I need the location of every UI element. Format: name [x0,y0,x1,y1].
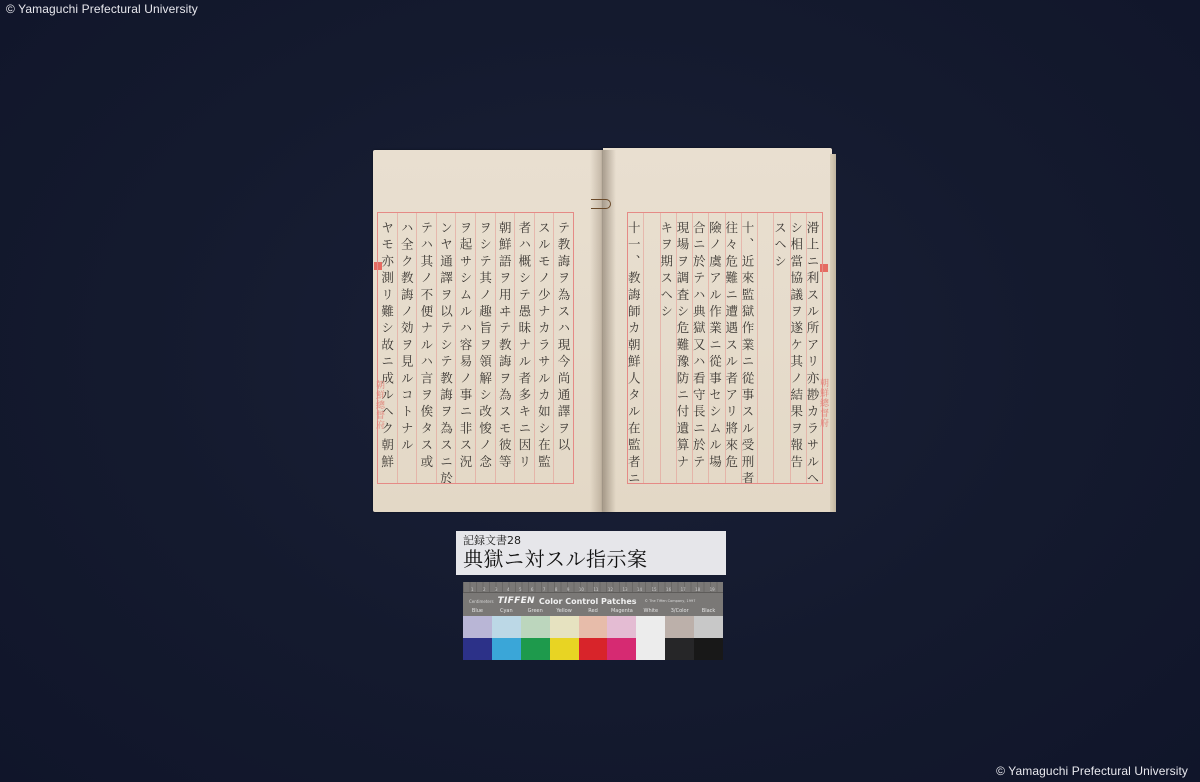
patch-blue [463,616,492,660]
patch-label: Black [694,608,723,616]
text-column: テハ其ノ不便ナルハ言ヲ俟タス或 [416,213,436,483]
light-swatch [694,616,723,638]
text-column: 合ニ於テハ典獄又ハ看守長ニ於テ [692,213,708,483]
ruler-tick: 1 [471,587,474,592]
document-label-card: 記録文書28 典獄ニ対スル指示案 [456,531,726,575]
card-copyright: © The Tiffen Company, 1997 [645,599,696,603]
dark-swatch [492,638,521,660]
document-title: 典獄ニ対スル指示案 [463,547,726,571]
light-swatch [463,616,492,638]
text-column: 十、近來監獄作業ニ從事スル受刑者中 [741,213,757,483]
light-swatch [607,616,636,638]
light-swatch [665,616,694,638]
ruler-tick: 2 [483,587,486,592]
dark-swatch [521,638,550,660]
dark-swatch [694,638,723,660]
ruler-tick: 10 [579,587,584,592]
text-column: 滑上ニ利スル所アリ亦尠カラサルヘ [806,213,822,483]
patch-label: Magenta [607,608,636,616]
ruler-tick: 12 [608,587,613,592]
ruler-tick: 19 [710,587,715,592]
patch-label: White [636,608,665,616]
ruler-tick: 16 [666,587,671,592]
dark-swatch [463,638,492,660]
text-column: 往々危難ニ遭遇スル者アリ將來危 [725,213,741,483]
text-column: ハ全ク教誨ノ効ヲ見ルコトナル [397,213,417,483]
tiffen-logo: TIFFEN [498,596,535,606]
centimeter-ruler: 12345678910111213141516171819 [463,582,723,593]
light-swatch [521,616,550,638]
text-column: 險ノ虞アル作業ニ從事セシムル場 [708,213,724,483]
document-number: 記録文書28 [463,534,726,547]
light-swatch [550,616,579,638]
patch-cyan [492,616,521,660]
text-column: スルモノ少ナカラサルカ如シ在監 [534,213,554,483]
patch-black [694,616,723,660]
patch-labels: BlueCyanGreenYellowRedMagentaWhite3/Colo… [463,608,723,616]
text-column: スヘシ [773,213,789,483]
text-column: 十一、教誨師カ朝鮮人タル在監者ニ對シ [628,213,643,483]
red-seal-stamp: 朝鮮總督府 [376,380,386,430]
text-column: 現場ヲ調査シ危難豫防ニ付遺算ナ [676,213,692,483]
ruler-tick: 11 [593,587,598,592]
text-column: キヲ期スヘシ [660,213,676,483]
text-column: 朝鮮語ヲ用ヰテ教誨ヲ為スモ彼等 [495,213,515,483]
light-swatch [579,616,608,638]
ruler-tick: 14 [637,587,642,592]
left-page-ruled-frame: テ教誨ヲ為スハ現今尚通譯ヲ以 スルモノ少ナカラサルカ如シ在監 者ハ概シテ愚昧ナル… [377,212,574,484]
light-swatch [492,616,521,638]
red-seal-stamp: 朝鮮總督府 [820,378,830,428]
copyright-credit-top: © Yamaguchi Prefectural University [6,2,198,16]
copyright-credit-bottom: © Yamaguchi Prefectural University [996,764,1188,778]
text-column: ヲ起サシムルハ容易ノ事ニ非ス況 [455,213,475,483]
patch-label: Green [521,608,550,616]
text-column: シ相當協議ヲ遂ケ其ノ結果ヲ報告 [790,213,806,483]
dark-swatch [665,638,694,660]
color-patches [463,616,723,660]
ruler-tick: 17 [681,587,686,592]
patch-green [521,616,550,660]
text-column [643,213,659,483]
text-column: テ教誨ヲ為スハ現今尚通譯ヲ以 [553,213,573,483]
ruler-tick: 15 [652,587,657,592]
patch-label: Red [579,608,608,616]
ruler-tick: 18 [695,587,700,592]
ruler-tick: 7 [543,587,546,592]
ruler-tick: 5 [519,587,522,592]
patch-red [579,616,608,660]
patch-white [636,616,665,660]
patch-yellow [550,616,579,660]
ruler-tick: 4 [507,587,510,592]
text-column: ヤモ亦測リ難シ故ニ成ルヘク朝鮮 [378,213,397,483]
patch-label: Cyan [492,608,521,616]
ruler-tick: 3 [495,587,498,592]
dark-swatch [579,638,608,660]
patch-label: Yellow [550,608,579,616]
ruler-tick: 13 [622,587,627,592]
text-column: 者ハ概シテ愚昧ナル者多キニ因リ [514,213,534,483]
patch-label: Blue [463,608,492,616]
ruler-tick: 8 [555,587,558,592]
right-page: 滑上ニ利スル所アリ亦尠カラサルヘ シ相當協議ヲ遂ケ其ノ結果ヲ報告 スヘシ 十、近… [603,148,832,512]
patch-3-color [665,616,694,660]
text-column: ンヤ通譯ヲ以テシテ教誨ヲ為スニ於 [436,213,456,483]
dark-swatch [607,638,636,660]
card-brand-row: Centimeters TIFFEN Color Control Patches… [463,594,723,608]
light-swatch [636,616,665,660]
card-title: Color Control Patches [539,597,637,606]
patch-label: 3/Color [665,608,694,616]
ruler-tick: 9 [567,587,570,592]
text-column [757,213,773,483]
dark-swatch [550,638,579,660]
open-book-document: テ教誨ヲ為スハ現今尚通譯ヲ以 スルモノ少ナカラサルカ如シ在監 者ハ概シテ愚昧ナル… [372,146,834,514]
text-column: ヲシテ其ノ趣旨ヲ領解シ改悛ノ念 [475,213,495,483]
binding-thread [591,199,611,209]
page-edge-stack [830,154,836,512]
right-page-ruled-frame: 滑上ニ利スル所アリ亦尠カラサルヘ シ相當協議ヲ遂ケ其ノ結果ヲ報告 スヘシ 十、近… [627,212,823,484]
ruler-tick: 6 [531,587,534,592]
patch-magenta [607,616,636,660]
left-page: テ教誨ヲ為スハ現今尚通譯ヲ以 スルモノ少ナカラサルカ如シ在監 者ハ概シテ愚昧ナル… [373,150,604,512]
ruler-label: Centimeters [469,599,494,604]
color-calibration-card: 12345678910111213141516171819 Centimeter… [463,582,723,660]
